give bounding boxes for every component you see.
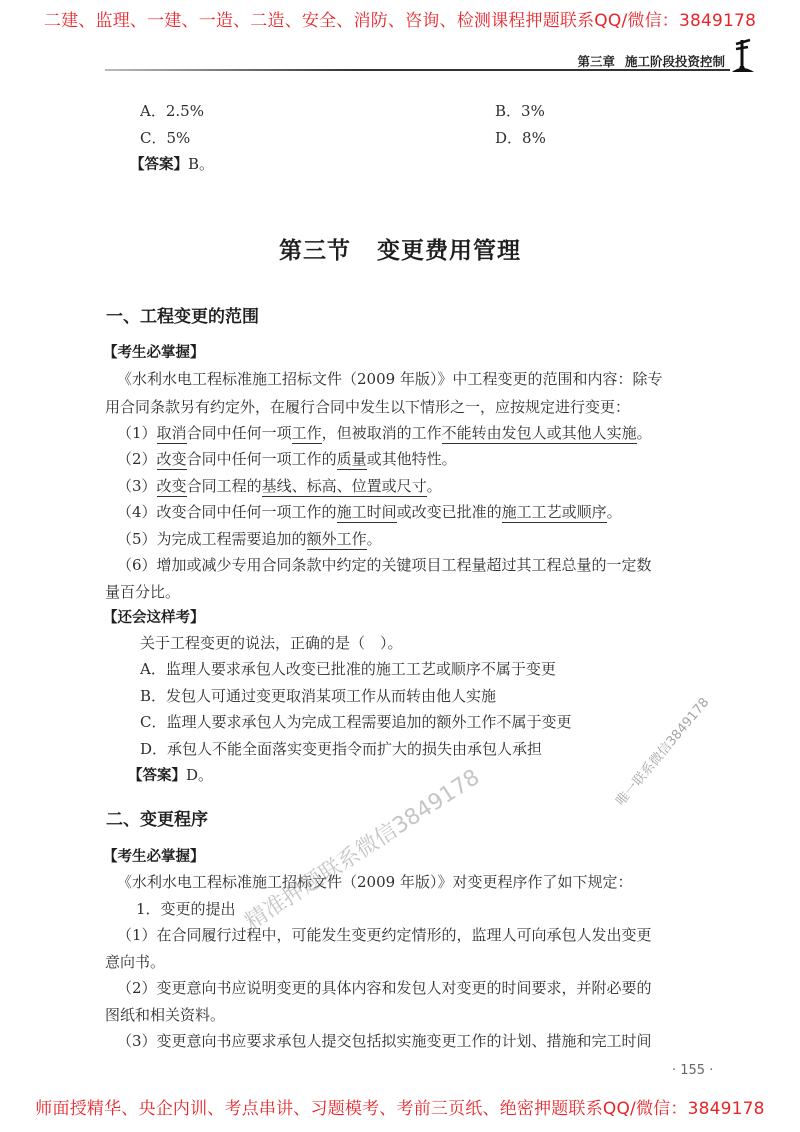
procedure-intro: 《水利水电工程标准施工招标文件（2009 年版）》对变更程序作了如下规定： [117,871,632,892]
procedure-p3-line-1: （3）变更意向书应要求承包人提交包括拟实施变更工作的计划、措施和完工时间 [117,1030,652,1051]
chapter-number: 第三章 [577,54,615,69]
intro-line-2: 用合同条款另有约定外，在履行合同中发生以下情形之一，应按规定进行变更： [105,396,630,417]
underlined-keyword: 基线、标高、位置或尺寸 [262,477,427,497]
underlined-keyword: 不能转由发包人或其他人实施 [442,424,637,444]
page-number: · 155 · [672,1063,713,1078]
item-text: 或其他特性。 [367,450,457,468]
header-rule [105,69,730,71]
option-a: A．2.5% [140,100,204,121]
item-number: （3） [117,477,157,495]
item-text: 合同中任何一项 [187,424,292,442]
item-text: 。 [367,530,382,548]
sub-heading-proposal: 1．变更的提出 [136,898,236,919]
item-text: 为完成工程需要追加的 [157,530,307,548]
option-c: C．5% [140,127,190,148]
underlined-keyword: 改变 [157,450,187,470]
change-scope-item: （1）取消合同中任何一项工作，但被取消的工作不能转由发包人或其他人实施。 [117,422,652,443]
must-know-tag: 【考生必掌握】 [103,341,205,362]
underlined-keyword: 改变 [157,477,187,497]
question-answer: 【答案】D。 [128,764,213,785]
item-6-line-2: 量百分比。 [105,581,180,602]
option-d: D．8% [495,127,546,148]
item-number: （1） [117,424,157,442]
item-text: 合同工程的 [187,477,262,495]
promo-banner-top: 二建、监理、一建、一造、二造、安全、消防、咨询、检测课程押题联系QQ/微信：38… [0,6,800,31]
procedure-p1-line-2: 意向书。 [105,951,165,972]
watermark-center: 精准押题联系微信3849178 [238,761,485,936]
promo-banner-bottom: 师面授精华、央企内训、考点串讲、习题模考、考前三页纸、绝密押题联系QQ/微信：3… [0,1094,800,1119]
watermark-right: 唯一联系微信3849178 [610,693,712,809]
chapter-title: 施工阶段投资控制 [625,54,725,69]
underlined-keyword: 质量 [337,450,367,470]
item-text: 合同中任何一项工作的 [187,450,337,468]
procedure-p2-line-1: （2）变更意向书应说明变更的具体内容和发包人对变更的时间要求，并附必要的 [117,977,652,998]
exam-tag: 【还会这样考】 [103,606,205,627]
underlined-keyword: 施工工艺或顺序 [502,503,607,523]
item-number: （4） [117,503,157,521]
change-scope-item: （4）改变合同中任何一项工作的施工时间或改变已批准的施工工艺或顺序。 [117,501,622,522]
item-6-line-1: （6）增加或减少专用合同条款中约定的关键项目工程量超过其工程总量的一定数 [117,554,652,575]
item-number: （2） [117,450,157,468]
section-title: 第三节变更费用管理 [0,232,800,265]
underlined-keyword: 工作 [292,424,322,444]
item-text: 。 [637,424,652,442]
underlined-keyword: 额外工作 [307,530,367,550]
change-scope-item: （5）为完成工程需要追加的额外工作。 [117,528,382,549]
procedure-p1-line-1: （1）在合同履行过程中，可能发生变更约定情形的，监理人可向承包人发出变更 [117,924,652,945]
item-text: 。 [607,503,622,521]
question-option-d: D．承包人不能全面落实变更指令而扩大的损失由承包人承担 [140,738,542,759]
item-text: ，但被取消的工作 [322,424,442,442]
question-option-c: C．监理人要求承包人为完成工程需要追加的额外工作不属于变更 [140,711,572,732]
underlined-keyword: 施工时间 [337,503,397,523]
item-text: 。 [427,477,442,495]
item-text: 改变合同中任何一项工作的 [157,503,337,521]
intro-line-1: 《水利水电工程标准施工招标文件（2009 年版）》中工程变更的范围和内容：除专 [117,368,662,389]
item-text: 或改变已批准的 [397,503,502,521]
heading-change-scope: 一、工程变更的范围 [106,302,259,327]
heading-change-procedure: 二、变更程序 [106,805,208,830]
change-scope-item: （3）改变合同工程的基线、标高、位置或尺寸。 [117,475,442,496]
question-option-a: A．监理人要求承包人改变已批准的施工工艺或顺序不属于变更 [140,658,556,679]
signpost-icon [724,34,764,74]
item-number: （5） [117,530,157,548]
question-option-b: B．发包人可通过变更取消某项工作从而转由他人实施 [140,685,496,706]
running-head: 第三章施工阶段投资控制 [577,52,725,70]
procedure-p2-line-2: 图纸和相关资料。 [105,1004,225,1025]
must-know-tag-2: 【考生必掌握】 [103,845,205,866]
underlined-keyword: 取消 [157,424,187,444]
answer-line: 【答案】B。 [130,153,214,174]
option-b: B．3% [495,100,545,121]
question-stem: 关于工程变更的说法，正确的是（ ）。 [140,632,403,653]
change-scope-item: （2）改变合同中任何一项工作的质量或其他特性。 [117,448,457,469]
